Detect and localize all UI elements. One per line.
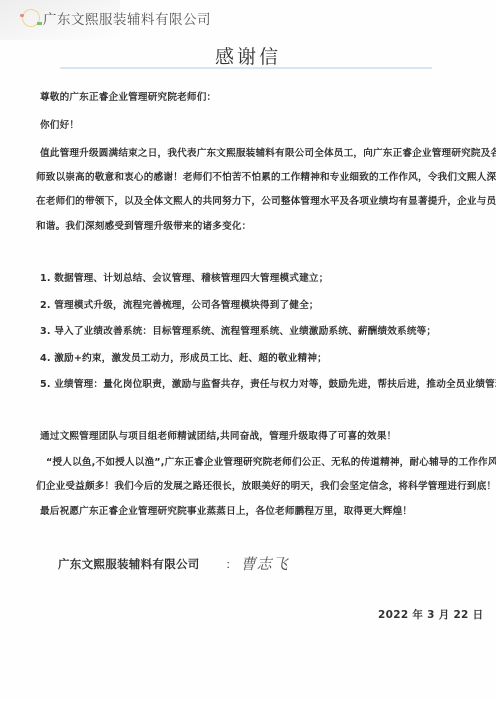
salutation: 尊敬的广东正睿企业管理研究院老师们：: [40, 89, 216, 103]
signature-block: 广东文熙服装辅料有限公司 ： 曹志飞: [58, 553, 289, 574]
intro-line: 值此管理升级圆满结束之日，我代表广东文熙服装辅料有限公司全体员工，向广东正睿企业…: [40, 145, 496, 159]
change-item: 5. 业绩管理：量化岗位职责，激励与监督共存，责任与权力对等，鼓励先进，帮扶后进…: [40, 376, 496, 390]
quote-line: 们企业受益颇多！我们今后的发展之路还很长，放眼美好的明天，我们会坚定信念，将科学…: [36, 478, 496, 492]
signature-company: 广东文熙服装辅料有限公司: [58, 556, 200, 572]
result-statement: 通过文熙管理团队与项目组老师精诚团结,共同奋战，管理升级取得了可喜的效果！: [40, 428, 396, 442]
letter-page: 广东文熙服装辅料有限公司 感谢信 尊敬的广东正睿企业管理研究院老师们： 你们好！…: [0, 0, 496, 701]
handwritten-signature: 曹志飞: [241, 553, 289, 574]
greeting: 你们好！: [40, 117, 79, 131]
letter-date: 2022 年 3 月 22 日: [378, 607, 483, 622]
change-item: 1. 数据管理、计划总结、会议管理、稽核管理四大管理模式建立；: [40, 270, 328, 284]
letterhead: 广东文熙服装辅料有限公司: [22, 8, 211, 28]
change-item: 4. 激励+约束，激发员工动力，形成员工比、赶、超的敬业精神；: [40, 350, 327, 364]
letter-title: 感谢信: [0, 42, 496, 69]
change-item: 3. 导入了业绩改善系统：目标管理系统、流程管理系统、业绩激励系统、薪酬绩效系统…: [40, 323, 436, 337]
change-item: 2. 管理模式升级，流程完善梳理，公司各管理模块得到了健全；: [40, 297, 319, 311]
title-divider: [60, 67, 432, 69]
signature-colon: ：: [226, 556, 237, 572]
intro-line: 师致以崇高的敬意和衷心的感谢！老师们不怕苦不怕累的工作精神和专业细致的工作作风，…: [36, 169, 496, 183]
closing-wish: 最后祝愿广东正睿企业管理研究院事业蒸蒸日上，各位老师鹏程万里，取得更大辉煌！: [40, 503, 412, 517]
letterhead-company: 广东文熙服装辅料有限公司: [43, 8, 211, 28]
intro-line: 在老师们的带领下，以及全体文熙人的共同努力下，公司整体管理水平及各项业绩均有显著…: [36, 193, 496, 207]
intro-line: 和谐。我们深刻感受到管理升级带来的诸多变化：: [36, 218, 251, 232]
quote-line: “授人以鱼,不如授人以渔”,广东正睿企业管理研究院老师们公正、无私的传道精神，耐…: [46, 454, 496, 468]
company-logo-icon: [22, 9, 40, 27]
